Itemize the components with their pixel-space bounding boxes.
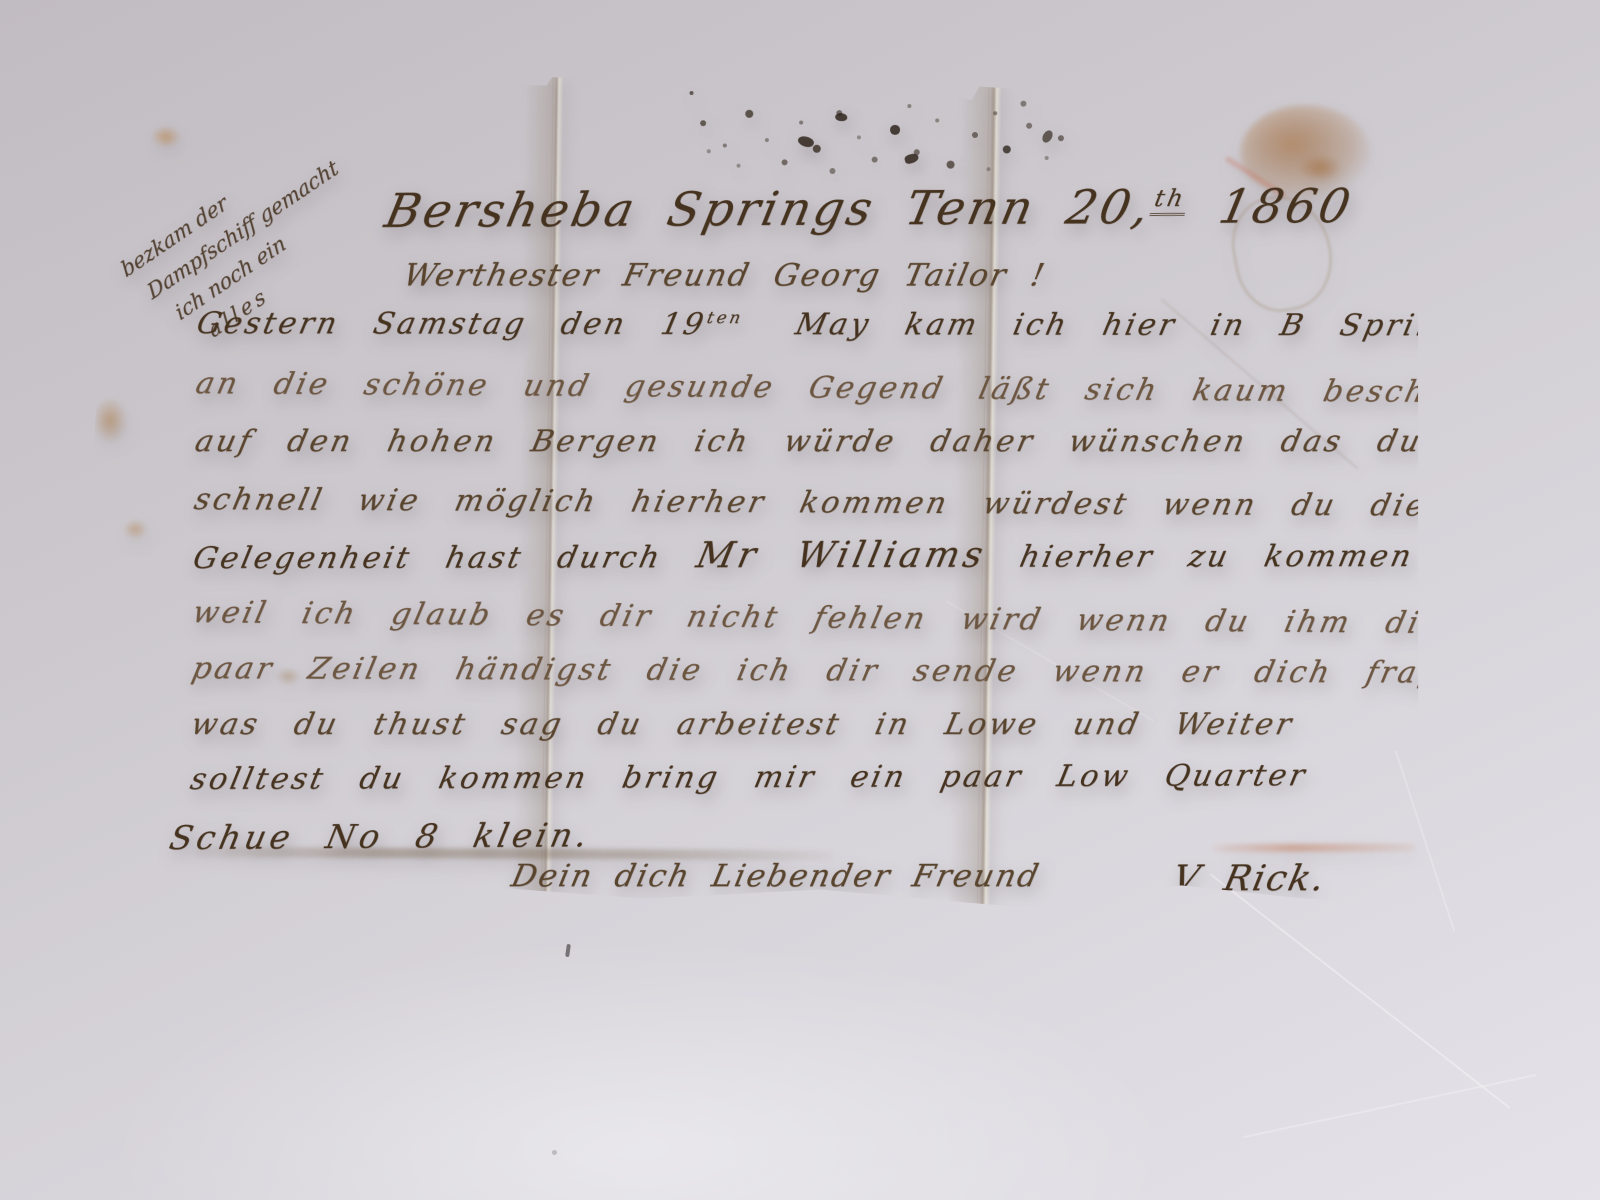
ink-spatter <box>690 91 694 95</box>
rust-stain <box>1297 154 1342 183</box>
ink-blot <box>1040 129 1054 145</box>
surface-speck <box>565 944 571 957</box>
photo-scene: bezkam der Dampfschiff gemacht ich noch … <box>0 0 1600 1200</box>
body-line-6: weil ich glaub es dir nicht fehlen wird … <box>189 595 1507 641</box>
dateline-place: Bersheba Springs Tenn <box>380 181 1040 239</box>
surface-scratch <box>1210 873 1511 1109</box>
dateline-day-suffix: th <box>1149 184 1190 216</box>
ink-blot <box>835 113 847 121</box>
body-line-1-post: May kam ich hier in B Springs <box>792 307 1483 343</box>
body-line-5: Gelegenheit hast durch Mr Williams hierh… <box>190 534 1418 577</box>
surface-scratch <box>1243 1074 1537 1138</box>
body-line-1-day: 19 <box>658 307 710 342</box>
body-line-5-name: Mr Williams <box>693 535 991 576</box>
shoe-size-line: Schue No 8 klein. <box>166 815 595 857</box>
foxing-spot <box>123 519 147 539</box>
letter-paper: bezkam der Dampfschiff gemacht ich noch … <box>82 67 1433 916</box>
closing-phrase: Dein dich Liebender Freund <box>507 858 1043 899</box>
body-line-9: solltest du kommen bring mir ein paar Lo… <box>187 758 1310 797</box>
closing-row: Dein dich Liebender Freund V Rick. <box>507 858 1330 899</box>
body-line-5-pre: Gelegenheit hast durch <box>190 540 666 576</box>
dateline-year: 1860 <box>1214 179 1358 235</box>
foxing-spot <box>93 397 128 443</box>
ink-blot <box>904 152 920 164</box>
red-smudge <box>1211 843 1416 852</box>
body-line-1: Gestern Samstag den 19tenMay kam ich hie… <box>194 306 1484 343</box>
body-line-8: was du thust sag du arbeitest in Lowe un… <box>188 707 1297 742</box>
body-line-1-day-suffix: ten <box>705 308 745 327</box>
dateline-day: 20, <box>1061 180 1156 235</box>
body-line-7: paar Zeilen händigst die ich dir sende w… <box>189 651 1460 690</box>
body-line-1-pre: Gestern Samstag den <box>194 306 631 342</box>
dateline: Bersheba Springs Tenn 20,th1860 <box>380 179 1358 239</box>
body-line-2: an die schöne und gesunde Gegend läßt si… <box>193 366 1548 410</box>
ink-blot <box>797 134 816 149</box>
foxing-spot <box>151 125 181 147</box>
signature: V Rick. <box>1169 858 1330 899</box>
salutation: Werthester Freund Georg Tailor ! <box>400 258 1049 294</box>
body-line-4: schnell wie möglich hierher kommen würde… <box>191 482 1431 523</box>
body-line-3: auf den hohen Bergen ich würde daher wün… <box>192 424 1500 459</box>
body-line-5-post: hierher zu kommen <box>1017 539 1418 575</box>
surface-speck <box>552 1150 557 1155</box>
